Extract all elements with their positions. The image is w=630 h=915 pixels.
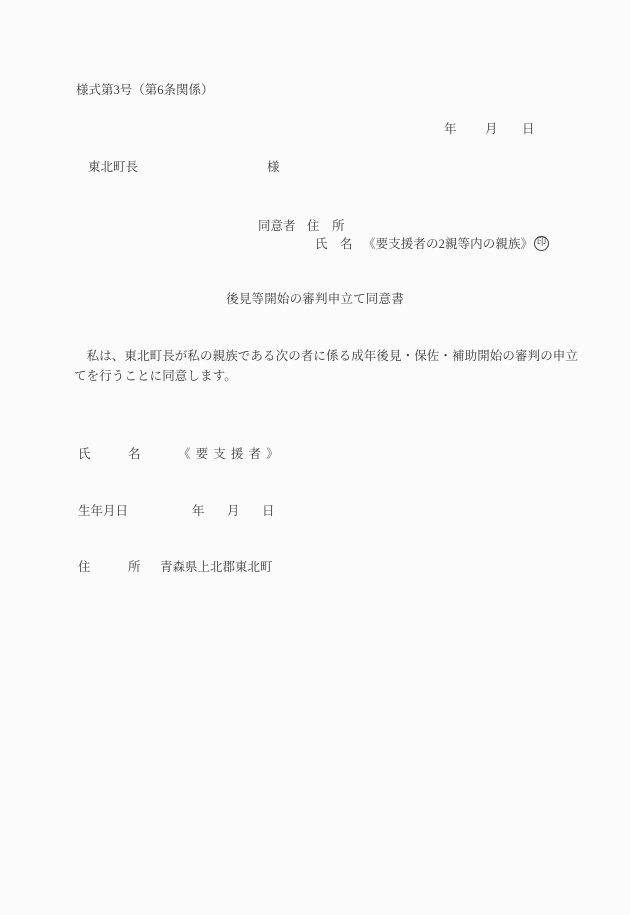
date-month-label: 月 <box>485 122 498 136</box>
field-birthdate-month-label: 月 <box>227 504 240 518</box>
field-name-value: 《 要 支 援 者 》 <box>178 447 279 461</box>
body-line-1: 私は、東北町長が私の親族である次の者に係る成年後見・保佐・補助開始の審判の申立 <box>74 349 578 363</box>
document-title: 後見等開始の審判申立て同意書 <box>0 292 630 306</box>
field-birthdate-year-label: 年 <box>192 504 205 518</box>
field-name-label-second: 名 <box>128 447 141 461</box>
field-address-label-second: 所 <box>128 560 141 574</box>
body-line-2: てを行うことに同意します。 <box>74 369 237 383</box>
field-address-value: 青森県上北郡東北町 <box>160 560 273 574</box>
consenter-address-label: 住 所 <box>307 219 345 233</box>
document-page: 様式第3号（第6条関係） 年 月 日 東北町長 様 同意者 住 所 氏 名 《要… <box>0 0 630 915</box>
addressee-name: 東北町長 <box>88 160 138 174</box>
date-year-label: 年 <box>444 122 457 136</box>
consenter-role-label: 同意者 <box>258 219 296 233</box>
field-birthdate-label: 生年月日 <box>78 504 128 518</box>
seal-character: 印 <box>537 239 547 249</box>
field-name-label-first: 氏 <box>78 447 91 461</box>
field-birthdate-day-label: 日 <box>262 504 275 518</box>
consenter-name-label: 氏 名 <box>315 237 353 251</box>
date-day-label: 日 <box>522 122 535 136</box>
field-address-label-first: 住 <box>78 560 91 574</box>
consenter-name-value: 《要支援者の2親等内の親族》 <box>363 237 533 251</box>
seal-mark: 印 <box>534 236 549 251</box>
addressee-honorific: 様 <box>267 160 280 174</box>
form-number: 様式第3号（第6条関係） <box>76 83 214 97</box>
